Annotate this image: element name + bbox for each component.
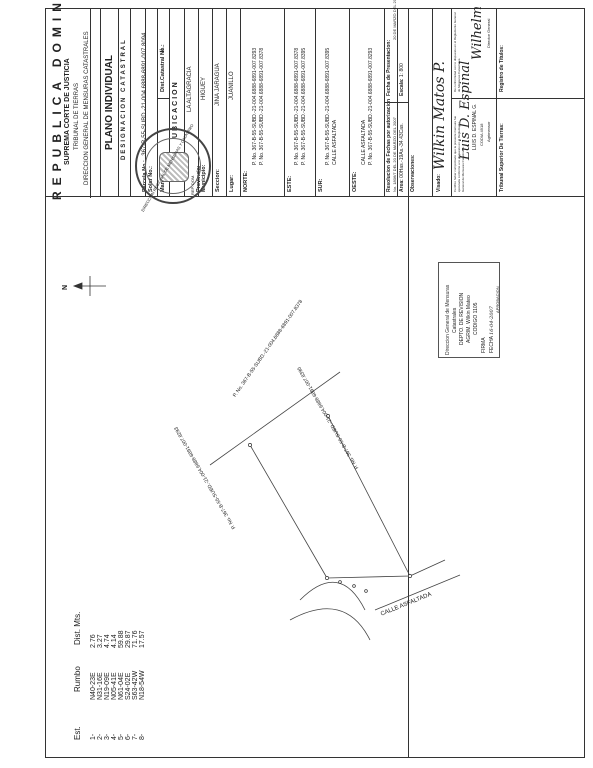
bearing-dist: 2.76 [90,634,97,648]
stamp-line-2: Catastrales [452,308,458,333]
bearing-dist: 4.14 [111,634,118,648]
bearing-est: 6- [125,734,132,740]
approval-stamp: Direccion General de Mensuras Catastrale… [438,262,500,358]
bearing-dist: 3.27 [97,634,104,648]
bearing-rumbo: S63-42W [132,671,139,700]
stamp-line-5: CODIGO 1105 [473,303,479,335]
stamp-firma-label: FIRMA [481,337,487,353]
bearing-rumbo: S24-02E [125,673,132,700]
stamp-line-3: DEPTO. DE REVISION [459,293,465,345]
north-arrow-icon [74,276,106,296]
bearing-rumbo: N05-41E [111,672,118,700]
seal-bottom-text: REP. DOM. [190,175,195,195]
bearing-rumbo: N19-09E [104,672,111,700]
bearing-dist: 71.76 [132,630,139,648]
bearings-header-est: Est. [73,726,82,740]
stamp-line-4: AGRIM. Wilkin Mateo [466,295,472,343]
bearing-rumbo: N40-23E [90,672,97,700]
bearing-est: 8- [139,734,146,740]
bearing-est: 7- [132,734,139,740]
stamp-fecha-row: FECHA 16-04-2007 [489,306,495,353]
bearing-dist: 29.87 [125,630,132,648]
stamp-fecha-label: FECHA [489,336,495,353]
stamp-line-1: Direccion General de Mensuras [445,285,451,355]
survey-points [248,414,411,592]
official-seal [135,128,211,204]
bearing-est: 2- [97,734,104,740]
bearing-est: 1- [90,734,97,740]
bearing-dist: 4.74 [104,634,111,648]
plot-drawing [0,0,593,768]
bearings-header-dist: Dist. Mts. [73,612,82,645]
bearing-rumbo: N61-04E [118,672,125,700]
bearing-rumbo: N31-16E [97,672,104,700]
bearing-est: 3- [104,734,111,740]
bearing-est: 4- [111,734,118,740]
stamp-status: APROBACION [495,286,500,313]
bearing-est: 5- [118,734,125,740]
bearings-header-rumbo: Rumbo [73,666,82,692]
bearing-dist: 17.57 [139,630,146,648]
bearing-dist: 59.88 [118,630,125,648]
bearing-rumbo: N18-54W [139,670,146,700]
